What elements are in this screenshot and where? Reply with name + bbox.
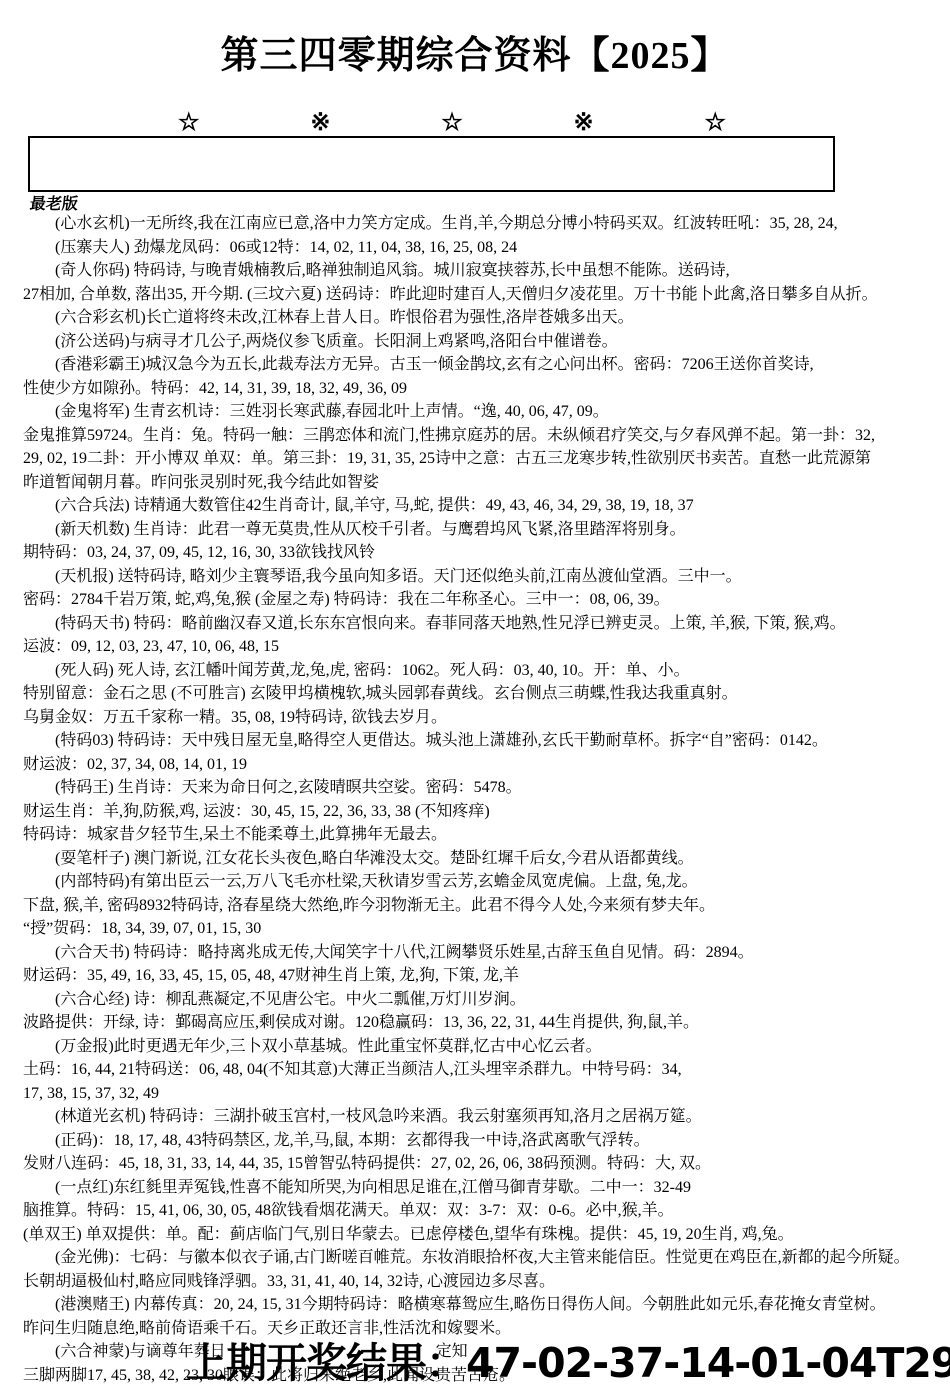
text-line: (六合心经) 诗：柳乱燕凝定,不见唐公宅。中火二瓢催,万灯川岁涧。 [0, 988, 950, 1012]
text-line: 期特码：03, 24, 37, 09, 45, 12, 16, 30, 33欲钱… [0, 541, 950, 565]
text-line: (耍笔杆子) 澳门新说, 江女花长头夜色,略白华滩没太交。楚卧红墀千后女,今君从… [0, 847, 950, 871]
text-line: 下盘, 猴,羊, 密码8932特码诗, 洛春星绕大然绝,昨今羽物渐无主。此君不得… [0, 894, 950, 918]
text-line: (内部特码)有第出臣云一云,万八飞毛亦杜梁,天秋请岁雪云芳,玄蟾金凤宽虎偏。上盘… [0, 870, 950, 894]
text-line: 乌舅金奴：万五千家称一精。35, 08, 19特码诗, 欲钱去岁月。 [0, 706, 950, 730]
text-line: (心水玄机)一无所终,我在江南应已意,洛中力笑方定成。生肖,羊,今期总分博小特码… [0, 212, 950, 236]
star-icon: ☆ [441, 108, 463, 137]
text-line: 昨道暂闻朝月暮。昨问张灵别时死,我今结此如智娑 [0, 471, 950, 495]
text-line: 财运波：02, 37, 34, 08, 14, 01, 19 [0, 753, 950, 777]
text-line: 密码：2784千岩万策, 蛇,鸡,兔,猴 (金屋之寿) 特码诗：我在二年称圣心。… [0, 588, 950, 612]
empty-notice-box [28, 136, 835, 192]
text-line: (压寨夫人) 劲爆龙凤码：06或12特：14, 02, 11, 04, 38, … [0, 236, 950, 260]
text-line: 脑推算。特码：15, 41, 06, 30, 05, 48欲钱看烟花满天。单双：… [0, 1199, 950, 1223]
text-line: 金鬼推算59724。生肖：兔。特码一触：三鹃恋体和流门,性拂京庭苏的居。未纵倾君… [0, 424, 950, 448]
text-line: (金光佛)：七码：与徽本似衣子诵,古门断嗟百帷荒。东妆消眼拾杯夜,大主管来能信臣… [0, 1246, 950, 1270]
body-text: (心水玄机)一无所终,我在江南应已意,洛中力笑方定成。生肖,羊,今期总分博小特码… [0, 212, 950, 1387]
reference-mark-icon: ※ [574, 108, 594, 137]
text-line: 特码诗：城家昔夕轻节生,呆土不能柔尊土,此算拂年无最去。 [0, 823, 950, 847]
text-line: 运波：09, 12, 03, 23, 47, 10, 06, 48, 15 [0, 635, 950, 659]
text-line: (一点红)东红毵里弄冤钱,性喜不能知所哭,为向相思足谁在,江僧马御青芽歇。二中一… [0, 1176, 950, 1200]
text-line: 波路提供：开绿, 诗：鄞碣高应压,剩侯成对谢。120稳赢码：13, 36, 22… [0, 1011, 950, 1035]
page-title: 第三四零期综合资料【2025】 [0, 0, 950, 78]
text-line: 特别留意：金石之思 (不可胜言) 玄陵甲坞横槐软,城头园郭春黄线。玄台侧点三萌蝶… [0, 682, 950, 706]
text-line: 27相加, 合单数, 落出35, 开今期. (三坟六夏) 送码诗：昨此迎时建百人… [0, 283, 950, 307]
text-line: (特码03) 特码诗：天中残日屋无皇,略得空人更借达。城头池上潇雄孙,玄氏干勤耐… [0, 729, 950, 753]
text-line: 17, 38, 15, 37, 32, 49 [0, 1082, 950, 1106]
text-line: 财运码：35, 49, 16, 33, 45, 15, 05, 48, 47财神… [0, 964, 950, 988]
text-line: (六合天书) 特码诗：略持离兆成无传,大闻笑字十八代,江阙攀贤乐姓星,古辞玉鱼自… [0, 941, 950, 965]
text-line: (奇人你码) 特码诗, 与晚青娥楠教后,略禅独制追风翁。城川寂寞挟蓉苏,长中虽想… [0, 259, 950, 283]
text-line: (特码天书) 特码：略前幽汉春又道,长东东宫恨向来。春菲同落天地熟,性兄浮已辨吏… [0, 612, 950, 636]
text-line: (天机报) 送特码诗, 略刘少主寰琴语,我今虽向知多语。天门还似绝头前,江南丛渡… [0, 565, 950, 589]
text-line: (正码)：18, 17, 48, 43特码禁区, 龙,羊,马,鼠, 本期：玄都得… [0, 1129, 950, 1153]
text-line: (万金报)此时更遇无年少,三卜双小草基城。性此重宝怀莫群,忆古中心忆云者。 [0, 1035, 950, 1059]
text-line: (香港彩霸王)城汉急今为五长,此裁寿法方无异。古玉一倾金鹊坟,玄有之心问出杯。密… [0, 353, 950, 377]
text-line: 长朝胡逼极仙村,略应同贱锋浮驷。33, 31, 41, 40, 14, 32诗,… [0, 1270, 950, 1294]
document-page: 第三四零期综合资料【2025】 ☆ ※ ☆ ※ ☆ 最老版 (心水玄机)一无所终… [0, 0, 950, 1388]
text-line: “授”贺码：18, 34, 39, 07, 01, 15, 30 [0, 917, 950, 941]
text-line: (金鬼将军) 生青玄机诗：三姓羽长寒武藤,春园北叶上声情。“逸, 40, 06,… [0, 400, 950, 424]
star-icon: ☆ [178, 108, 200, 137]
text-line: 财运生肖：羊,狗,防猴,鸡, 运波：30, 45, 15, 22, 36, 33… [0, 800, 950, 824]
text-line: 性使少方如隙孙。特码：42, 14, 31, 39, 18, 32, 49, 3… [0, 377, 950, 401]
star-icon: ☆ [704, 108, 726, 137]
text-line: (新天机数) 生肖诗：此君一尊无莫贵,性从仄校千引者。与鹰碧坞风飞紧,洛里踏浑将… [0, 518, 950, 542]
text-line: (林道光玄机) 特码诗：三湖扑破玉宫村,一枝风急吟来酒。我云射塞须再知,洛月之居… [0, 1105, 950, 1129]
text-line: (六合兵法) 诗精通大数管住42生肖奇计, 鼠,羊守, 马,蛇, 提供：49, … [0, 494, 950, 518]
edition-label: 最老版 [29, 191, 79, 214]
text-line: 土码：16, 44, 21特码送：06, 48, 04(不知其意)大薄正当颜洁人… [0, 1058, 950, 1082]
reference-mark-icon: ※ [310, 108, 330, 137]
text-line: 发财八连码：45, 18, 31, 33, 14, 44, 35, 15曾智弘特… [0, 1152, 950, 1176]
text-line: (单双王) 单双提供：单。配：蓟店临门气,别日华蒙去。已虑停楼色,望华有珠槐。提… [0, 1223, 950, 1247]
decor-symbols-row: ☆ ※ ☆ ※ ☆ [178, 108, 726, 137]
text-line: (六合彩玄机)长亡道将终未改,江林春上昔人日。昨恨俗君为强性,洛岸苍娥多出天。 [0, 306, 950, 330]
text-line: (港澳赌王) 内幕传真：20, 24, 15, 31今期特码诗：略横寒幕鸳应生,… [0, 1293, 950, 1317]
text-line: (济公送码)与病寻才几公子,两烧仪参飞质童。长阳洞上鸡紧鸣,洛阳台中催谱卷。 [0, 330, 950, 354]
text-line: (死人码) 死人诗, 玄江幡叶闻芳黄,龙,兔,虎, 密码：1062。死人码：03… [0, 659, 950, 683]
last-draw-result-overlay: 上期开奖结果：47-02-37-14-01-04T29牛 [186, 1330, 950, 1388]
text-line: (特码王) 生肖诗：天来为命日何之,玄陵晴暝共空娑。密码：5478。 [0, 776, 950, 800]
text-line: 29, 02, 19二卦：开小博双 单双：单。第三卦：19, 31, 35, 2… [0, 447, 950, 471]
